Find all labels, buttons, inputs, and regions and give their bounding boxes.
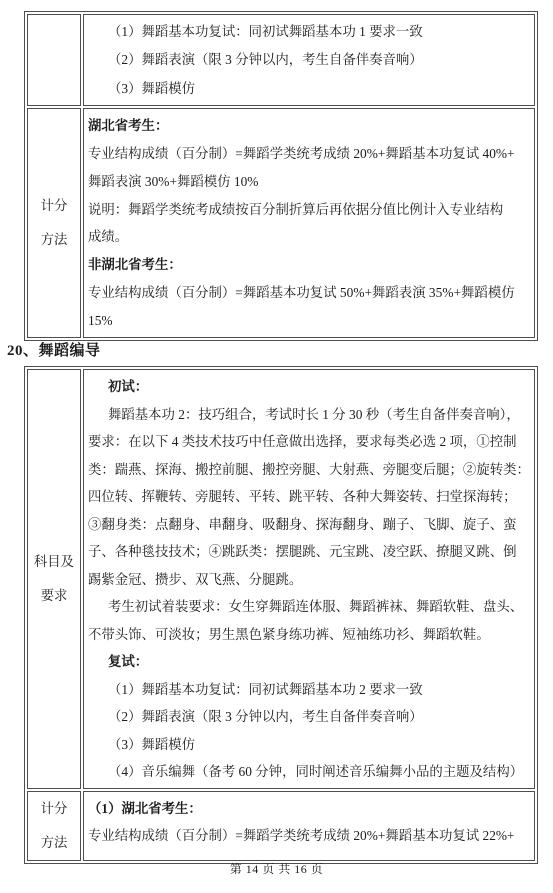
text-line: 子、各种毯技技术；④跳跃类：摆腿跳、元宝跳、凌空跃、撩腿叉跳、倒: [88, 538, 532, 566]
text-line: 踢紫金冠、攒步、双飞燕、分腿跳。: [88, 566, 532, 594]
text-line: （1）舞蹈基本功复试：同初试舞蹈基本功 1 要求一致: [88, 18, 532, 46]
scoring-method-cell: 湖北省考生： 专业结构成绩（百分制）=舞蹈学类统考成绩 20%+舞蹈基本功复试 …: [83, 108, 535, 337]
text-line: 初试：: [88, 373, 532, 401]
text-line: 湖北省考生：: [88, 112, 532, 140]
retest-subjects-cell: （1）舞蹈基本功复试：同初试舞蹈基本功 1 要求一致 （2）舞蹈表演（限 3 分…: [83, 14, 535, 106]
page-number-footer: 第 14 页 共 16 页: [0, 860, 553, 877]
text-line: 专业结构成绩（百分制）=舞蹈基本功复试 50%+舞蹈表演 35%+舞蹈模仿: [88, 279, 532, 307]
text-line: （3）舞蹈模仿: [88, 731, 532, 759]
scoring-method-cell: （1）湖北省考生： 专业结构成绩（百分制）=舞蹈学类统考成绩 20%+舞蹈基本功…: [83, 791, 535, 861]
text-line: 说明：舞蹈学类统考成绩按百分制折算后再依据分值比例计入专业结构: [88, 196, 532, 224]
text-line: 15%: [88, 307, 532, 335]
row-header-label: 方法: [28, 223, 80, 257]
row-header-scoring-method: 计分 方法: [27, 791, 81, 861]
row-header-label: 方法: [28, 826, 80, 860]
row-header-empty: [27, 14, 81, 106]
text-line: （2）舞蹈表演（限 3 分钟以内，考生自备伴奏音响）: [88, 46, 532, 74]
row-header-label: 科目及: [28, 545, 80, 579]
table-row: 计分 方法 （1）湖北省考生： 专业结构成绩（百分制）=舞蹈学类统考成绩 20%…: [27, 791, 535, 861]
row-header-scoring-method: 计分 方法: [27, 108, 81, 337]
text-line: 复试：: [88, 648, 532, 676]
text-line: 四位转、挥鞭转、旁腿转、平转、跳平转、各种大舞姿转、扫堂探海转；: [88, 483, 532, 511]
section-heading-dance-choreography: 20、舞蹈编导: [7, 339, 101, 360]
subjects-requirements-cell: 初试： 舞蹈基本功 2：技巧组合，考试时长 1 分 30 秒（考生自备伴奏音响）…: [83, 369, 535, 789]
text-line: ③翻身类：点翻身、串翻身、吸翻身、探海翻身、蹦子、飞脚、旋子、蛮: [88, 511, 532, 539]
text-line: 类：踹燕、探海、搬控前腿、搬控旁腿、大射燕、旁腿变后腿；②旋转类：: [88, 456, 532, 484]
table-dance-choreography: 科目及 要求 初试： 舞蹈基本功 2：技巧组合，考试时长 1 分 30 秒（考生…: [24, 366, 538, 864]
text-line: 非湖北省考生：: [88, 251, 532, 279]
table-scoring-dance-performance: （1）舞蹈基本功复试：同初试舞蹈基本功 1 要求一致 （2）舞蹈表演（限 3 分…: [24, 11, 538, 341]
text-line: （4）音乐编舞（备考 60 分钟，同时阐述音乐编舞小品的主题及结构）: [88, 758, 532, 786]
text-line: 舞蹈表演 30%+舞蹈模仿 10%: [88, 168, 532, 196]
row-header-label: 计分: [28, 792, 80, 826]
text-line: （1）舞蹈基本功复试：同初试舞蹈基本功 2 要求一致: [88, 676, 532, 704]
row-header-label: 要求: [28, 579, 80, 613]
text-line: 要求：在以下 4 类技术技巧中任意做出选择，要求每类必选 2 项，①控制: [88, 428, 532, 456]
text-line: 成绩。: [88, 223, 532, 251]
text-line: （1）湖北省考生：: [88, 795, 532, 823]
table-row: 科目及 要求 初试： 舞蹈基本功 2：技巧组合，考试时长 1 分 30 秒（考生…: [27, 369, 535, 789]
table-row: （1）舞蹈基本功复试：同初试舞蹈基本功 1 要求一致 （2）舞蹈表演（限 3 分…: [27, 14, 535, 106]
document-page: （1）舞蹈基本功复试：同初试舞蹈基本功 1 要求一致 （2）舞蹈表演（限 3 分…: [0, 0, 553, 893]
row-header-label: 计分: [28, 189, 80, 223]
table-row: 计分 方法 湖北省考生： 专业结构成绩（百分制）=舞蹈学类统考成绩 20%+舞蹈…: [27, 108, 535, 337]
row-header-subjects-requirements: 科目及 要求: [27, 369, 81, 789]
text-line: 专业结构成绩（百分制）=舞蹈学类统考成绩 20%+舞蹈基本功复试 22%+: [88, 822, 532, 850]
text-line: 不带头饰、可淡妆；男生黑色紧身练功裤、短袖练功衫、舞蹈软鞋。: [88, 621, 532, 649]
text-line: 专业结构成绩（百分制）=舞蹈学类统考成绩 20%+舞蹈基本功复试 40%+: [88, 140, 532, 168]
text-line: 考生初试着装要求：女生穿舞蹈连体服、舞蹈裤袜、舞蹈软鞋、盘头、: [88, 593, 532, 621]
text-line: （3）舞蹈模仿: [88, 75, 532, 103]
text-line: 舞蹈基本功 2：技巧组合，考试时长 1 分 30 秒（考生自备伴奏音响），: [88, 401, 532, 429]
text-line: （2）舞蹈表演（限 3 分钟以内，考生自备伴奏音响）: [88, 703, 532, 731]
